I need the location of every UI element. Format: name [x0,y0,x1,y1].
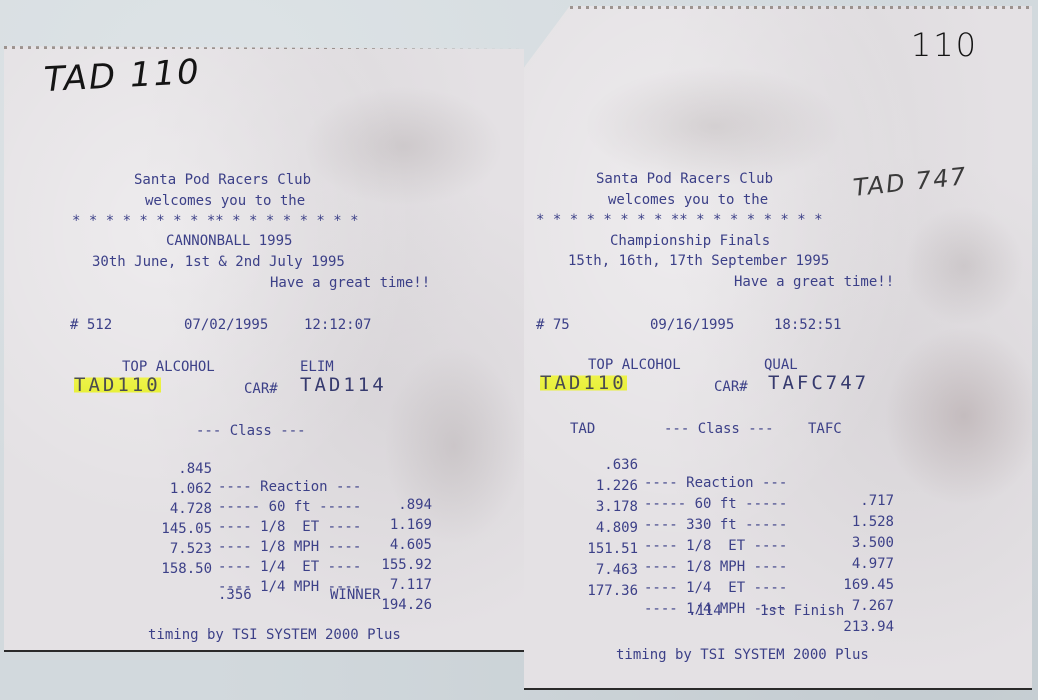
result-left: 158.50 [161,560,212,578]
class-left: TAD [570,420,595,438]
timing-footer: timing by TSI SYSTEM 2000 Plus [616,646,869,664]
result-left: 177.36 [587,582,638,600]
opponent-car-number: TAFC747 [768,374,869,392]
win-margin: .114 [688,602,722,620]
result-row-quarter-mph: 158.50 ---- 1/4 MPH ---- 194.26 [122,542,432,632]
timing-footer: timing by TSI SYSTEM 2000 Plus [148,626,401,644]
run-time: 18:52:51 [774,316,841,334]
win-margin: .356 [218,586,252,604]
paper-crease [584,66,844,186]
handwritten-note: TAD 110 [43,52,202,100]
run-time: 12:12:07 [304,316,371,334]
paper-crease [304,86,504,206]
star-divider: * * * * * * * * ** * * * * * * * * [72,212,359,230]
handwritten-note: TAD 747 [852,162,969,202]
class-right: TAFC [808,420,842,438]
event-name: CANNONBALL 1995 [166,232,292,250]
run-date: 09/16/1995 [650,316,734,334]
run-date: 07/02/1995 [184,316,268,334]
welcome-text: welcomes you to the [145,192,305,210]
event-dates: 30th June, 1st & 2nd July 1995 [92,253,345,271]
highlighted-car-number: TAD110 [74,374,161,396]
event-dates: 15th, 16th, 17th September 1995 [568,252,829,270]
car-label: CAR# [714,378,748,396]
paper-crease [904,206,1024,326]
timeslip-cannonball-1995: TAD 110 Santa Pod Racers Club welcomes y… [4,46,524,652]
class-header: --- Class --- [664,420,774,438]
race-outcome: 1st Finish [760,602,844,620]
star-divider: * * * * * * * * ** * * * * * * * * [536,211,823,229]
greeting: Have a great time!! [270,274,430,292]
result-right: 194.26 [381,596,432,614]
highlighted-car-number: TAD110 [540,372,627,394]
club-name: Santa Pod Racers Club [596,170,773,188]
torn-edge [570,6,1032,9]
class-header: --- Class --- [196,422,306,440]
result-right: 213.94 [843,618,894,636]
event-name: Championship Finals [610,232,770,250]
opponent-car-number: TAD114 [300,376,387,394]
welcome-text: welcomes you to the [608,191,768,209]
car-label: CAR# [244,380,278,398]
greeting: Have a great time!! [734,273,894,291]
handwritten-number: 110 [911,26,978,64]
timeslip-championship-finals-1995: 110 TAD 747 Santa Pod Racers Club welcom… [524,6,1032,690]
club-name: Santa Pod Racers Club [134,171,311,189]
run-number: # 75 [536,316,570,334]
lane-car-number: TAD110 [540,374,627,392]
lane-car-number: TAD110 [74,376,161,394]
result-row-quarter-mph: 177.36 ---- 1/4 MPH ---- 213.94 [564,564,894,654]
run-number: # 512 [70,316,112,334]
dirt-smudge [884,326,1038,506]
race-outcome: WINNER [330,586,381,604]
